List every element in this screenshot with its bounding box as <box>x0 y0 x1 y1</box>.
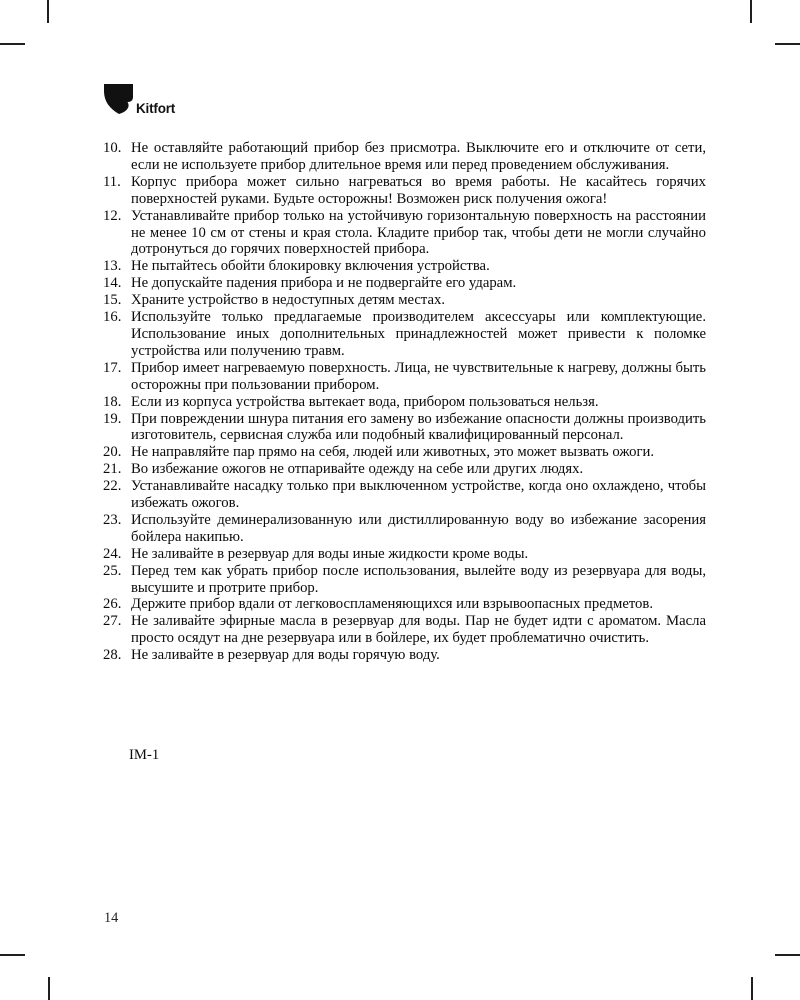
item-text: Не оставляйте работающий прибор без прис… <box>131 140 706 173</box>
item-text: Перед тем как убрать прибор после исполь… <box>131 563 706 596</box>
item-text: Используйте только предлагаемые производ… <box>131 309 706 359</box>
item-text: Если из корпуса устройства вытекает вода… <box>131 394 599 410</box>
item-number: 13. <box>103 258 121 275</box>
crop-mark-bottom-right-vertical <box>751 977 753 1000</box>
list-item: 27.Не заливайте эфирные масла в резервуа… <box>103 613 706 647</box>
item-number: 14. <box>103 275 121 292</box>
crop-mark-top-left-vertical <box>47 0 49 23</box>
list-item: 12.Устанавливайте прибор только на устой… <box>103 208 706 259</box>
item-text: Во избежание ожогов не отпаривайте одежд… <box>131 461 583 477</box>
kitfort-logo: Kitfort <box>104 84 175 114</box>
item-number: 26. <box>103 596 121 613</box>
list-item: 18.Если из корпуса устройства вытекает в… <box>103 394 706 411</box>
crop-mark-top-right-vertical <box>750 0 752 23</box>
item-text: Не пытайтесь обойти блокировку включения… <box>131 258 490 274</box>
item-number: 15. <box>103 292 121 309</box>
list-item: 28.Не заливайте в резервуар для воды гор… <box>103 647 706 664</box>
list-item: 17.Прибор имеет нагреваемую поверхность.… <box>103 360 706 394</box>
item-number: 21. <box>103 461 121 478</box>
item-number: 12. <box>103 208 121 225</box>
item-number: 25. <box>103 563 121 580</box>
item-number: 11. <box>103 174 121 191</box>
item-number: 27. <box>103 613 121 630</box>
list-item: 23.Используйте деминерализованную или ди… <box>103 512 706 546</box>
item-text: Не заливайте в резервуар для воды иные ж… <box>131 546 528 562</box>
item-text: Используйте деминерализованную или дисти… <box>131 512 706 545</box>
item-number: 17. <box>103 360 121 377</box>
item-number: 20. <box>103 444 121 461</box>
list-item: 11.Корпус прибора может сильно нагревать… <box>103 174 706 208</box>
item-text: Корпус прибора может сильно нагреваться … <box>131 174 706 207</box>
list-item: 19.При повреждении шнура питания его зам… <box>103 411 706 445</box>
kitfort-wordmark: Kitfort <box>136 102 175 115</box>
list-item: 15.Храните устройство в недоступных детя… <box>103 292 706 309</box>
crop-mark-top-left-horizontal <box>0 43 25 45</box>
item-number: 10. <box>103 140 121 157</box>
item-text: Прибор имеет нагреваемую поверхность. Ли… <box>131 360 706 393</box>
item-text: Держите прибор вдали от легковоспламеняю… <box>131 596 653 612</box>
crop-mark-bottom-right-horizontal <box>775 954 800 956</box>
item-text: Не допускайте падения прибора и не подве… <box>131 275 516 291</box>
item-number: 28. <box>103 647 121 664</box>
list-item: 20.Не направляйте пар прямо на себя, люд… <box>103 444 706 461</box>
item-number: 16. <box>103 309 121 326</box>
item-number: 18. <box>103 394 121 411</box>
item-number: 22. <box>103 478 121 495</box>
list-item: 14.Не допускайте падения прибора и не по… <box>103 275 706 292</box>
list-item: 22.Устанавливайте насадку только при вык… <box>103 478 706 512</box>
item-number: 24. <box>103 546 121 563</box>
kitfort-flag-icon <box>104 84 133 114</box>
list-item: 26.Держите прибор вдали от легковоспламе… <box>103 596 706 613</box>
item-text: Не направляйте пар прямо на себя, людей … <box>131 444 654 460</box>
item-text: Храните устройство в недоступных детям м… <box>131 292 445 308</box>
crop-mark-bottom-left-horizontal <box>0 954 25 956</box>
item-text: Устанавливайте насадку только при выключ… <box>131 478 706 511</box>
item-text: Устанавливайте прибор только на устойчив… <box>131 208 706 258</box>
list-item: 10.Не оставляйте работающий прибор без п… <box>103 140 706 174</box>
item-number: 19. <box>103 411 121 428</box>
crop-mark-bottom-left-vertical <box>48 977 50 1000</box>
document-code: IM-1 <box>129 747 159 764</box>
item-text: Не заливайте эфирные масла в резервуар д… <box>131 613 706 646</box>
item-text: При повреждении шнура питания его замену… <box>131 411 706 444</box>
list-item: 25.Перед тем как убрать прибор после исп… <box>103 563 706 597</box>
item-text: Не заливайте в резервуар для воды горячу… <box>131 647 440 663</box>
crop-mark-top-right-horizontal <box>775 43 800 45</box>
safety-list: 10.Не оставляйте работающий прибор без п… <box>103 140 706 664</box>
page-number: 14 <box>104 910 118 927</box>
list-item: 13.Не пытайтесь обойти блокировку включе… <box>103 258 706 275</box>
list-item: 21.Во избежание ожогов не отпаривайте од… <box>103 461 706 478</box>
list-item: 24.Не заливайте в резервуар для воды ины… <box>103 546 706 563</box>
item-number: 23. <box>103 512 121 529</box>
list-item: 16.Используйте только предлагаемые произ… <box>103 309 706 360</box>
